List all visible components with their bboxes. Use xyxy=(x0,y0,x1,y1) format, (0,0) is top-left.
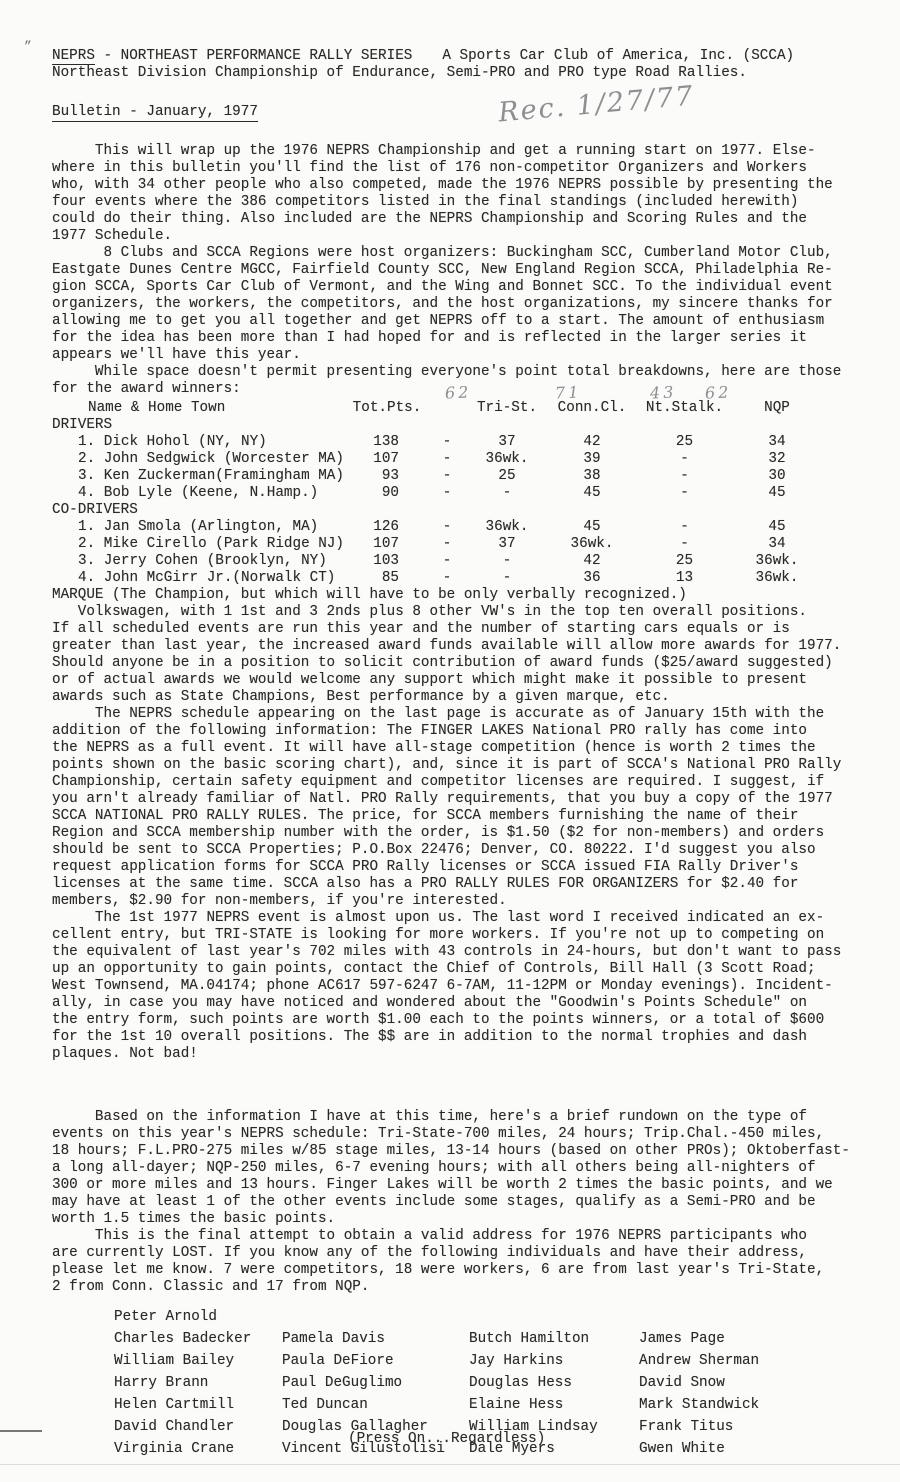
lost-name: Pamela Davis xyxy=(282,1328,469,1350)
total-points: 93 xyxy=(347,468,427,485)
lost-name: Frank Titus xyxy=(639,1416,799,1438)
paragraph-rundown: Based on the information I have at this … xyxy=(52,1109,870,1228)
tri-st-points: 25 xyxy=(467,468,547,485)
nt-stalk-points: - xyxy=(637,451,732,468)
total-points: 126 xyxy=(347,519,427,536)
tri-st-points: 37 xyxy=(467,536,547,553)
header-subtitle: Northeast Division Championship of Endur… xyxy=(52,65,870,82)
scan-artifact-dash xyxy=(0,1430,42,1432)
conn-cl-points: 45 xyxy=(547,519,637,536)
total-points: 138 xyxy=(347,434,427,451)
driver-row: 2. John Sedgwick (Worcester MA) 107 - 36… xyxy=(52,451,870,468)
separator-dash: - xyxy=(427,434,467,451)
column-header-tot-pts: Tot.Pts. xyxy=(347,400,427,417)
standings-table: 62 71 43 62 Name & Home Town Tot.Pts. Tr… xyxy=(52,400,870,587)
nqp-points: 36wk. xyxy=(732,570,822,587)
nqp-points: 30 xyxy=(732,468,822,485)
separator-dash: - xyxy=(427,536,467,553)
lost-name: David Chandler xyxy=(114,1416,282,1438)
marque-note: MARQUE (The Champion, but which will hav… xyxy=(52,587,870,604)
separator-dash: - xyxy=(427,519,467,536)
conn-cl-points: 42 xyxy=(547,553,637,570)
tri-st-points: - xyxy=(467,485,547,502)
lost-name: Douglas Hess xyxy=(469,1372,639,1394)
tri-st-points: - xyxy=(467,553,547,570)
handwritten-total-nt-stalk: 43 xyxy=(650,383,677,401)
header-line-1: NEPRS - NORTHEAST PERFORMANCE RALLY SERI… xyxy=(52,48,870,65)
lost-name: Mark Standwick xyxy=(639,1394,799,1416)
conn-cl-points: 36 xyxy=(547,570,637,587)
driver-row: 1. Dick Hohol (NY, NY) 138 - 37 42 25 34 xyxy=(52,434,870,451)
tri-st-points: 36wk. xyxy=(467,451,547,468)
lost-name: Virginia Crane xyxy=(114,1438,282,1460)
nqp-points: 34 xyxy=(732,536,822,553)
nt-stalk-points: 25 xyxy=(637,434,732,451)
paragraph-tri-state: The 1st 1977 NEPRS event is almost upon … xyxy=(52,910,870,1063)
codriver-row: 3. Jerry Cohen (Brooklyn, NY) 103 - - 42… xyxy=(52,553,870,570)
lost-name: Peter Arnold xyxy=(114,1306,282,1328)
tri-st-points: - xyxy=(467,570,547,587)
bulletin-title: Bulletin - January, 1977 xyxy=(52,104,870,121)
series-acronym: NEPRS xyxy=(52,48,95,65)
nqp-points: 45 xyxy=(732,485,822,502)
lost-names-column-1: Peter Arnold Charles Badecker William Ba… xyxy=(114,1306,282,1460)
lost-name: Elaine Hess xyxy=(469,1394,639,1416)
conn-cl-points: 45 xyxy=(547,485,637,502)
conn-cl-points: 38 xyxy=(547,468,637,485)
conn-cl-points: 36wk. xyxy=(547,536,637,553)
driver-name: 1. Dick Hohol (NY, NY) xyxy=(52,434,347,451)
bulletin-page: „ NEPRS - NORTHEAST PERFORMANCE RALLY SE… xyxy=(0,0,900,1482)
org-name: A Sports Car Club of America, Inc. (SCCA… xyxy=(442,48,794,65)
driver-name: 4. Bob Lyle (Keene, N.Hamp.) xyxy=(52,485,347,502)
lost-name: David Snow xyxy=(639,1372,799,1394)
column-header-tri-st: Tri-St. xyxy=(467,400,547,417)
handwritten-total-nqp: 62 xyxy=(705,383,732,401)
conn-cl-points: 42 xyxy=(547,434,637,451)
series-title-rest: - NORTHEAST PERFORMANCE RALLY SERIES xyxy=(95,48,412,64)
codriver-name: 3. Jerry Cohen (Brooklyn, NY) xyxy=(52,553,347,570)
codriver-name: 1. Jan Smola (Arlington, MA) xyxy=(52,519,347,536)
standings-header-row: Name & Home Town Tot.Pts. Tri-St. Conn.C… xyxy=(52,400,870,417)
nt-stalk-points: - xyxy=(637,485,732,502)
lost-name: Helen Cartmill xyxy=(114,1394,282,1416)
total-points: 107 xyxy=(347,451,427,468)
lost-name: William Bailey xyxy=(114,1350,282,1372)
page-footer-motto: (Press On...Regardless) xyxy=(348,1431,545,1448)
codriver-row: 1. Jan Smola (Arlington, MA) 126 - 36wk.… xyxy=(52,519,870,536)
tri-st-points: 37 xyxy=(467,434,547,451)
separator-dash: - xyxy=(427,553,467,570)
nt-stalk-points: - xyxy=(637,519,732,536)
driver-row: 3. Ken Zuckerman(Framingham MA) 93 - 25 … xyxy=(52,468,870,485)
nqp-points: 32 xyxy=(732,451,822,468)
drivers-section-label: DRIVERS xyxy=(52,417,870,434)
nqp-points: 34 xyxy=(732,434,822,451)
lost-name: James Page xyxy=(639,1328,799,1350)
nt-stalk-points: 25 xyxy=(637,553,732,570)
handwritten-total-tri-st: 62 xyxy=(445,383,472,401)
nt-stalk-points: - xyxy=(637,536,732,553)
tri-st-points: 36wk. xyxy=(467,519,547,536)
lost-name: Paul DeGuglimo xyxy=(282,1372,469,1394)
separator-dash: - xyxy=(427,468,467,485)
codriver-name: 4. John McGirr Jr.(Norwalk CT) xyxy=(52,570,347,587)
driver-name: 2. John Sedgwick (Worcester MA) xyxy=(52,451,347,468)
column-header-nqp: NQP xyxy=(732,400,822,417)
lost-name: Ted Duncan xyxy=(282,1394,469,1416)
conn-cl-points: 39 xyxy=(547,451,637,468)
lost-name: Paula DeFiore xyxy=(282,1350,469,1372)
lost-name: Butch Hamilton xyxy=(469,1328,639,1350)
lost-name: Harry Brann xyxy=(114,1372,282,1394)
driver-name: 3. Ken Zuckerman(Framingham MA) xyxy=(52,468,347,485)
nt-stalk-points: - xyxy=(637,468,732,485)
lost-name: Andrew Sherman xyxy=(639,1350,799,1372)
codriver-name: 2. Mike Cirello (Park Ridge NJ) xyxy=(52,536,347,553)
total-points: 103 xyxy=(347,553,427,570)
paragraph-lost-intro: This is the final attempt to obtain a va… xyxy=(52,1228,870,1296)
column-header-name: Name & Home Town xyxy=(52,400,347,417)
paragraph-host-clubs: 8 Clubs and SCCA Regions were host organ… xyxy=(52,245,870,364)
paragraph-schedule-info: The NEPRS schedule appearing on the last… xyxy=(52,706,870,910)
paragraph-volkswagen: Volkswagen, with 1 1st and 3 2nds plus 8… xyxy=(52,604,870,706)
handwritten-total-conn-cl: 71 xyxy=(555,383,582,401)
lost-name: Gwen White xyxy=(639,1438,799,1460)
separator-dash: - xyxy=(427,570,467,587)
separator-dash: - xyxy=(427,485,467,502)
driver-row: 4. Bob Lyle (Keene, N.Hamp.) 90 - - 45 -… xyxy=(52,485,870,502)
lost-name: Jay Harkins xyxy=(469,1350,639,1372)
nt-stalk-points: 13 xyxy=(637,570,732,587)
scan-artifact-mark: „ xyxy=(24,30,32,47)
nqp-points: 45 xyxy=(732,519,822,536)
paragraph-wrap-up: This will wrap up the 1976 NEPRS Champio… xyxy=(52,143,870,245)
column-header-conn-cl: Conn.Cl. xyxy=(547,400,637,417)
nqp-points: 36wk. xyxy=(732,553,822,570)
total-points: 90 xyxy=(347,485,427,502)
separator-dash: - xyxy=(427,451,467,468)
codriver-row: 2. Mike Cirello (Park Ridge NJ) 107 - 37… xyxy=(52,536,870,553)
codrivers-section-label: CO-DRIVERS xyxy=(52,502,870,519)
lost-name: Charles Badecker xyxy=(114,1328,282,1350)
lost-names-column-4: James Page Andrew Sherman David Snow Mar… xyxy=(639,1328,799,1460)
codriver-row: 4. John McGirr Jr.(Norwalk CT) 85 - - 36… xyxy=(52,570,870,587)
total-points: 107 xyxy=(347,536,427,553)
total-points: 85 xyxy=(347,570,427,587)
series-title: NEPRS - NORTHEAST PERFORMANCE RALLY SERI… xyxy=(52,48,412,65)
scan-artifact-hairline xyxy=(0,1464,900,1465)
